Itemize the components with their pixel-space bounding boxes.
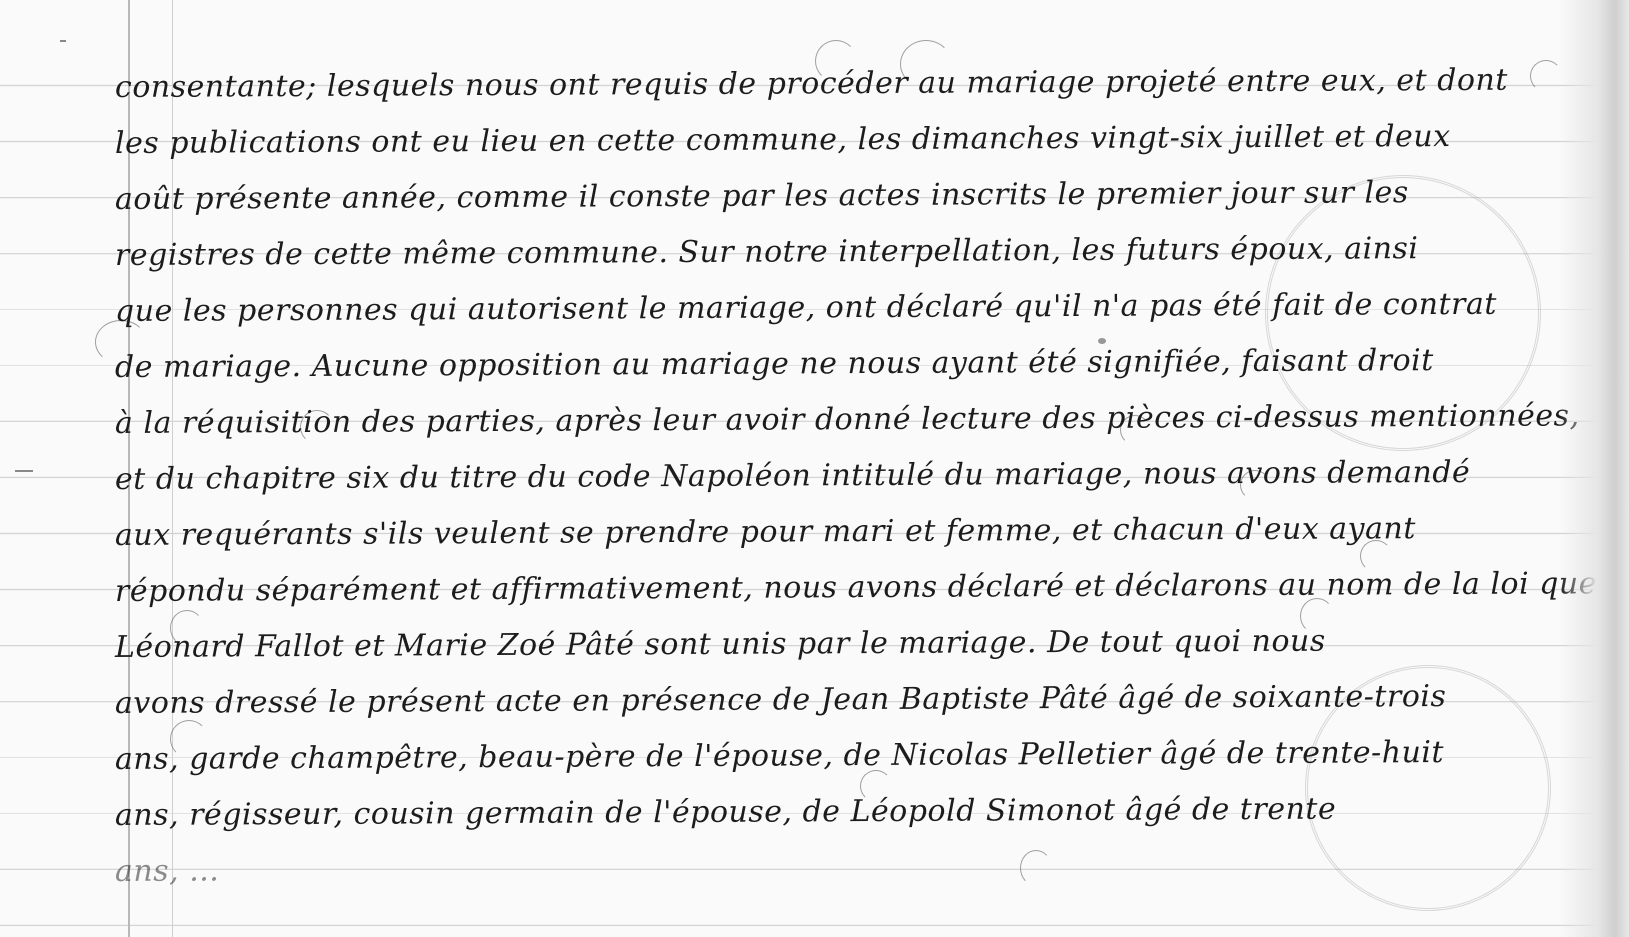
text-line-content: que les personnes qui autorisent le mari… (115, 277, 1497, 340)
text-line: les publications ont eu lieu en cette co… (115, 108, 1555, 172)
text-line-content: répondu séparément et affirmativement, n… (115, 556, 1629, 620)
margin-mark (15, 470, 33, 472)
text-line: Léonard Fallot et Marie Zoé Pâté sont un… (115, 612, 1555, 676)
text-line-content: les publications ont eu lieu en cette co… (115, 109, 1451, 172)
text-line: ans, garde champêtre, beau-père de l'épo… (115, 724, 1555, 788)
text-line-content: avons dressé le présent acte en présence… (115, 669, 1447, 732)
text-line-content: à la réquisition des parties, après leur… (115, 388, 1580, 452)
text-line-content: registres de cette même commune. Sur not… (115, 221, 1419, 284)
text-line: registres de cette même commune. Sur not… (115, 220, 1555, 284)
margin-mark (60, 40, 66, 42)
text-line-content: et du chapitre six du titre du code Napo… (115, 445, 1471, 508)
text-line: avons dressé le présent acte en présence… (115, 668, 1555, 732)
text-line-content: ans, régisseur, cousin germain de l'épou… (115, 782, 1336, 844)
page-binding-edge (1559, 0, 1629, 937)
text-line: que les personnes qui autorisent le mari… (115, 276, 1555, 340)
text-line: consentante; lesquels nous ont requis de… (115, 52, 1555, 116)
register-page: consentante; lesquels nous ont requis de… (0, 0, 1629, 937)
text-line: ans, ... (115, 836, 1555, 900)
text-line: ans, régisseur, cousin germain de l'épou… (115, 780, 1555, 844)
text-line: août présente année, comme il conste par… (115, 164, 1555, 228)
text-line: répondu séparément et affirmativement, n… (115, 556, 1555, 620)
text-line-content: de mariage. Aucune opposition au mariage… (115, 333, 1434, 396)
text-line-content: consentante; lesquels nous ont requis de… (115, 53, 1508, 116)
text-line-content: ans, ... (115, 843, 220, 900)
handwritten-text-block: consentante; lesquels nous ont requis de… (115, 60, 1555, 900)
text-line: à la réquisition des parties, après leur… (115, 388, 1555, 452)
text-line-content: août présente année, comme il conste par… (115, 165, 1409, 228)
text-line: aux requérants s'ils veulent se prendre … (115, 500, 1555, 564)
text-line: et du chapitre six du titre du code Napo… (115, 444, 1555, 508)
text-line-content: aux requérants s'ils veulent se prendre … (115, 501, 1416, 564)
text-line-content: ans, garde champêtre, beau-père de l'épo… (115, 725, 1444, 788)
text-line-content: Léonard Fallot et Marie Zoé Pâté sont un… (115, 614, 1326, 676)
text-line: de mariage. Aucune opposition au mariage… (115, 332, 1555, 396)
